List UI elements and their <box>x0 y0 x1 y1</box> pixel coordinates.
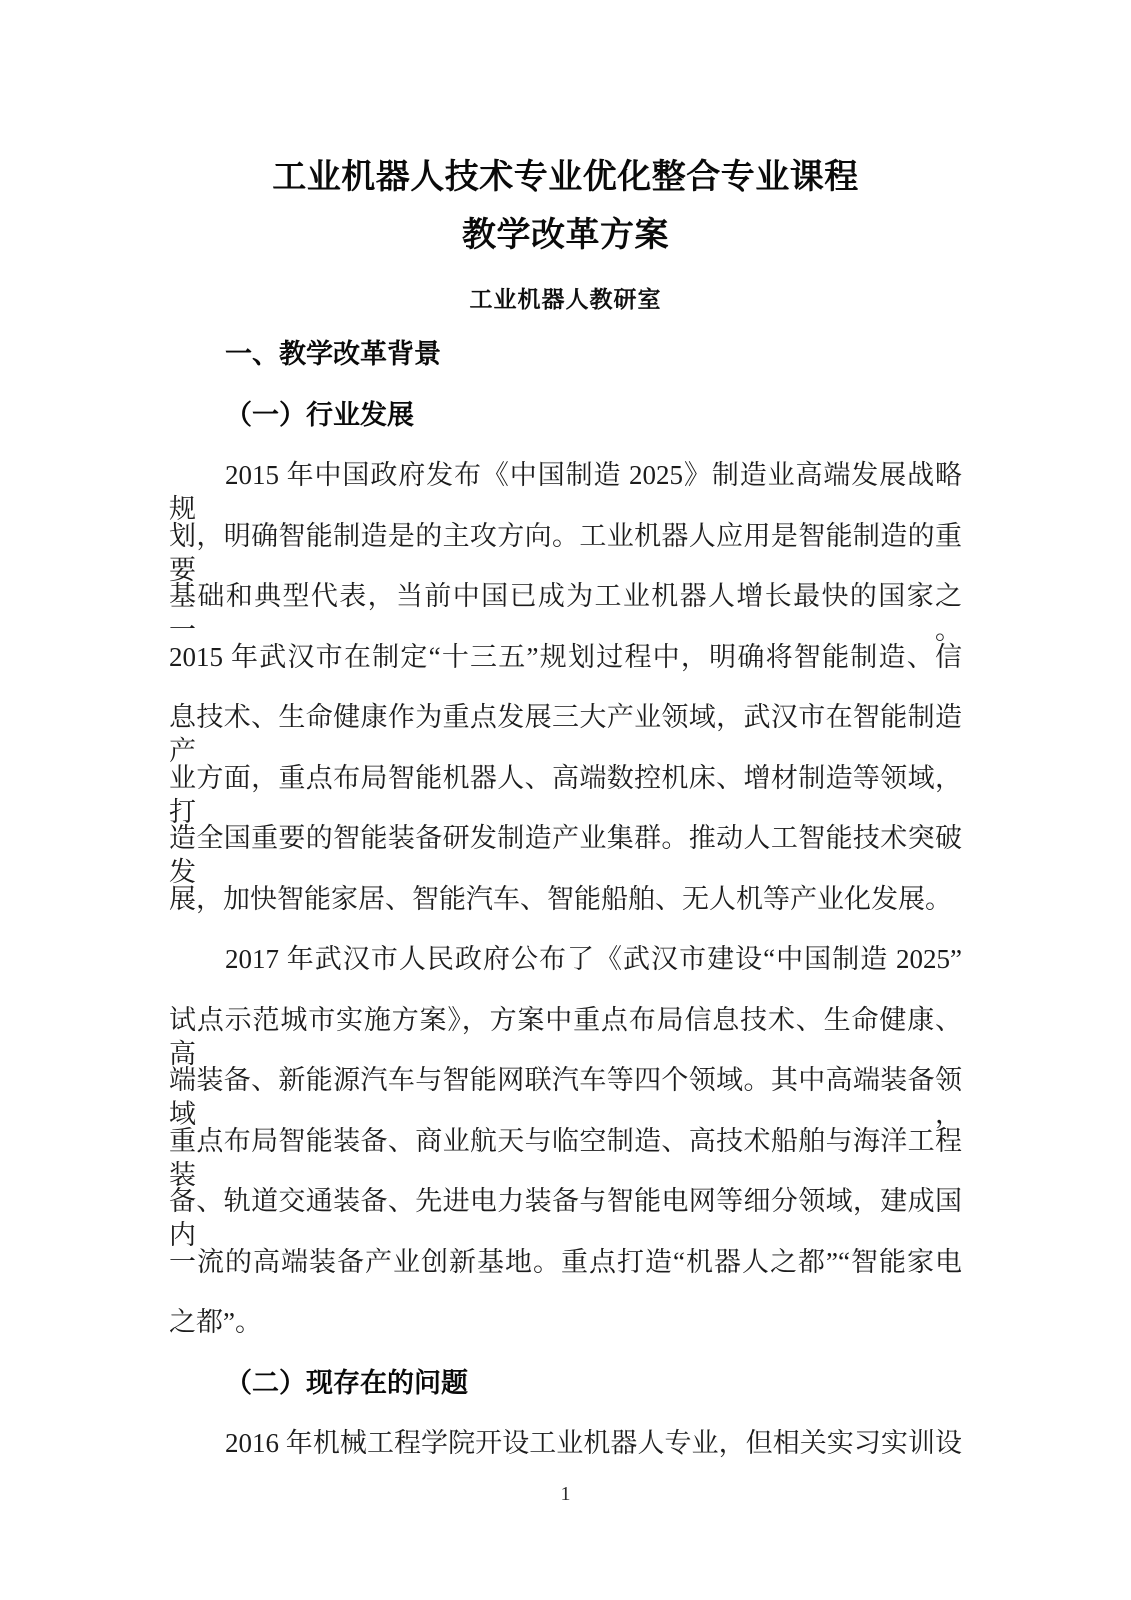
document-subtitle: 工业机器人教研室 <box>0 284 1131 316</box>
document-title-line-1: 工业机器人技术专业优化整合专业课程 <box>0 148 1131 206</box>
body-line: 重点布局智能装备、商业航天与临空制造、高技术船舶与海洋工程装 <box>169 1124 962 1185</box>
section-heading-level-1: 一、教学改革背景 <box>169 337 962 398</box>
document-title: 工业机器人技术专业优化整合专业课程 教学改革方案 <box>0 148 1131 264</box>
document-title-line-2: 教学改革方案 <box>0 206 1131 264</box>
body-line: 端装备、新能源汽车与智能网联汽车等四个领域。其中高端装备领域， <box>169 1063 962 1124</box>
body-line: 展，加快智能家居、智能汽车、智能船舶、无人机等产业化发展。 <box>169 882 962 943</box>
document-body: 一、教学改革背景（一）行业发展2015 年中国政府发布《中国制造 2025》制造… <box>169 337 962 1487</box>
body-line: 业方面，重点布局智能机器人、高端数控机床、增材制造等领域，打 <box>169 761 962 822</box>
section-heading-level-2: （二）现存在的问题 <box>169 1366 962 1427</box>
body-line: 划，明确智能制造是的主攻方向。工业机器人应用是智能制造的重要 <box>169 519 962 580</box>
body-line: 2015 年武汉市在制定“十三五”规划过程中，明确将智能制造、信 <box>169 640 962 701</box>
section-heading-level-2: （一）行业发展 <box>169 398 962 459</box>
body-line: 试点示范城市实施方案》，方案中重点布局信息技术、生命健康、高 <box>169 1003 962 1064</box>
body-line: 息技术、生命健康作为重点发展三大产业领域，武汉市在智能制造产 <box>169 700 962 761</box>
body-line: 之都”。 <box>169 1305 962 1366</box>
page-number: 1 <box>561 1483 571 1505</box>
body-line: 2017 年武汉市人民政府公布了《武汉市建设“中国制造 2025” <box>169 942 962 1003</box>
body-line: 2016 年机械工程学院开设工业机器人专业，但相关实习实训设 <box>169 1426 962 1487</box>
document-page: 工业机器人技术专业优化整合专业课程 教学改革方案 工业机器人教研室 一、教学改革… <box>0 0 1131 1600</box>
body-line: 2015 年中国政府发布《中国制造 2025》制造业高端发展战略规 <box>169 458 962 519</box>
body-line: 基础和典型代表，当前中国已成为工业机器人增长最快的国家之一。 <box>169 579 962 640</box>
body-line: 造全国重要的智能装备研发制造产业集群。推动人工智能技术突破发 <box>169 821 962 882</box>
page-footer: 1 <box>0 1482 1131 1506</box>
body-line: 一流的高端装备产业创新基地。重点打造“机器人之都”“智能家电 <box>169 1245 962 1306</box>
body-line: 备、轨道交通装备、先进电力装备与智能电网等细分领域，建成国内 <box>169 1184 962 1245</box>
